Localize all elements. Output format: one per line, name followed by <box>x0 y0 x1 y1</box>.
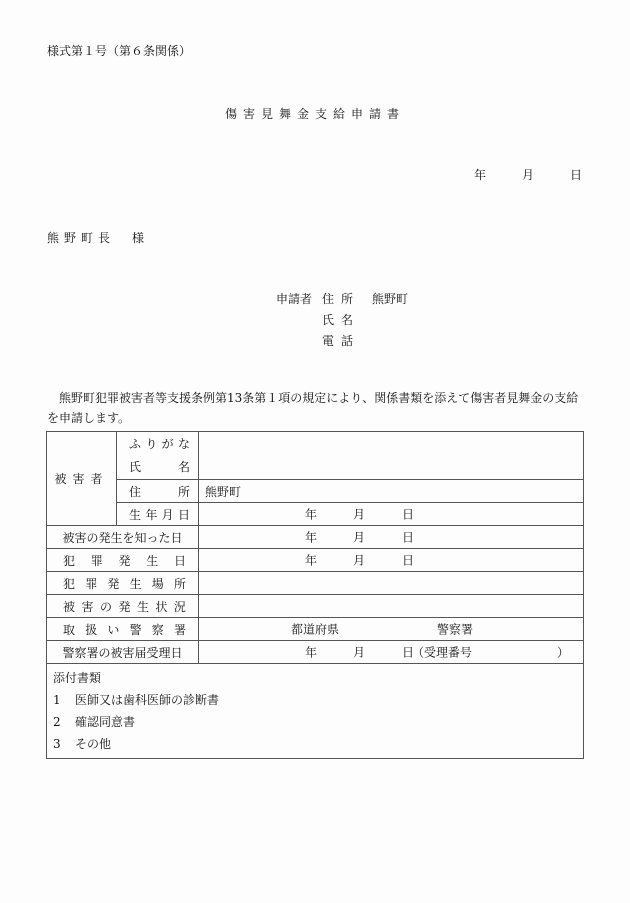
applicant-address-value: 熊野町 <box>372 290 408 307</box>
furigana-name-label: ふりがな 氏名 <box>117 432 199 480</box>
document-title: 傷害見舞金支給申請書 <box>0 105 630 122</box>
applicant-label: 申請者 <box>276 290 312 307</box>
victim-address-field[interactable]: 熊野町 <box>199 480 584 503</box>
victim-name-field[interactable] <box>199 432 584 480</box>
damage-status-label: 被害の発生状況 <box>47 595 199 618</box>
header-date-day: 日 <box>570 166 582 183</box>
crime-date-field[interactable]: 年 月 日 <box>199 549 584 572</box>
victim-address-label: 住所 <box>117 480 199 503</box>
applicant-name-label: 氏名 <box>322 311 360 328</box>
victim-label: 被害者 <box>47 432 117 526</box>
crime-date-label: 犯罪発生日 <box>47 549 199 572</box>
victim-birthdate-field[interactable]: 年 月 日 <box>199 503 584 526</box>
attachment-item: 2確認同意書 <box>53 711 577 733</box>
attachments-section: 添付書類 1医師又は歯科医師の診断書 2確認同意書 3その他 <box>47 664 584 759</box>
addressee: 熊野町長 様 <box>47 229 149 246</box>
prefecture-suffix: 都道府県 <box>291 621 339 638</box>
crime-place-label: 犯罪発生場所 <box>47 572 199 595</box>
report-date-field[interactable]: 年 月 日 （受理番号 ） <box>199 641 584 664</box>
application-table: 被害者 ふりがな 氏名 住所 熊野町 生年月日 年 月 日 被害の発生を知った日 <box>46 431 584 759</box>
form-number: 様式第１号（第６条関係） <box>47 42 191 59</box>
attachment-item: 3その他 <box>53 733 577 755</box>
known-date-label: 被害の発生を知った日 <box>47 526 199 549</box>
victim-birthdate-label: 生年月日 <box>117 503 199 526</box>
crime-place-field[interactable] <box>199 572 584 595</box>
header-date-month: 月 <box>522 166 534 183</box>
receipt-number-label: （受理番号 <box>412 644 472 661</box>
application-statement: 熊野町犯罪被害者等支援条例第13条第１項の規定により、関係書類を添えて傷害者見舞… <box>47 388 587 428</box>
applicant-address-label: 住所 <box>322 290 360 307</box>
receipt-number-close: ） <box>557 644 569 661</box>
applicant-phone-label: 電話 <box>322 332 360 349</box>
attachment-item: 1医師又は歯科医師の診断書 <box>53 689 577 711</box>
police-station-field[interactable]: 都道府県 警察署 <box>199 618 584 641</box>
report-date-label: 警察署の被害届受理日 <box>47 641 199 664</box>
police-station-label: 取扱い警察署 <box>47 618 199 641</box>
header-date-year: 年 <box>474 166 486 183</box>
station-suffix: 警察署 <box>437 621 473 638</box>
attachments-title: 添付書類 <box>53 667 577 689</box>
damage-status-field[interactable] <box>199 595 584 618</box>
known-date-field[interactable]: 年 月 日 <box>199 526 584 549</box>
